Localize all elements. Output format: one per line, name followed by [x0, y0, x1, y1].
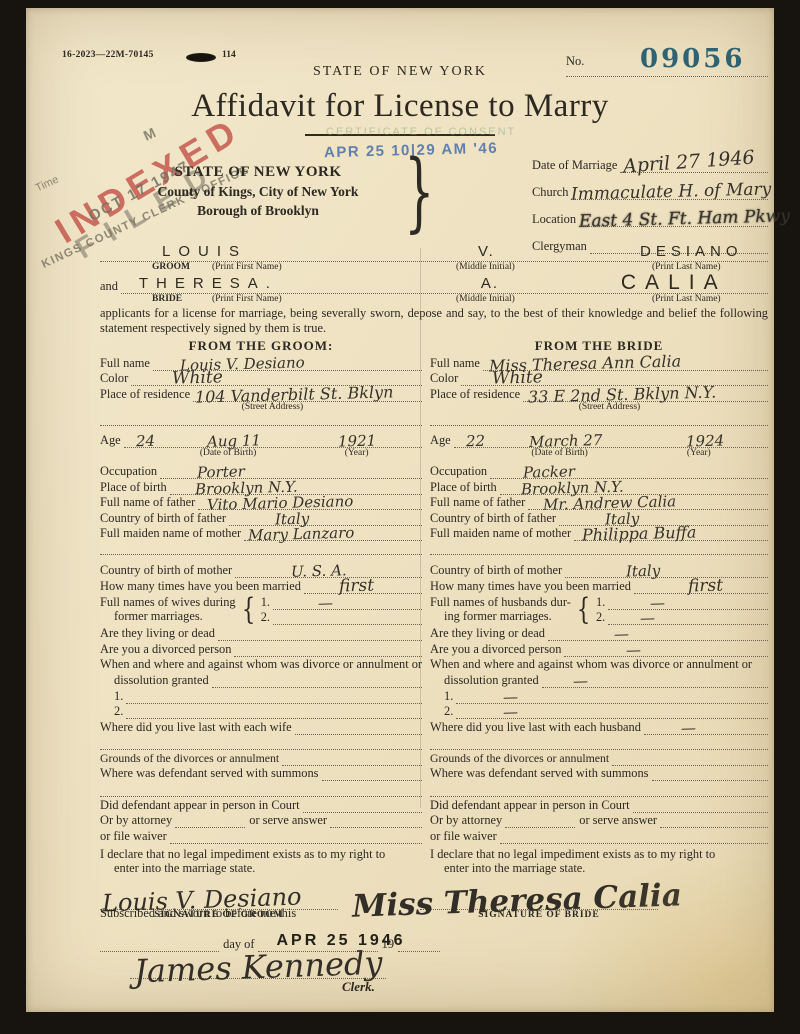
bride-name-row: and THERESA. A. CALIA BRIDE (Print First… — [100, 270, 768, 304]
clerk-signature: James Kennedy — [133, 943, 383, 990]
groom-mother-value: Mary Lanzaro — [247, 524, 354, 545]
summons-label: Where was defendant served with summons — [100, 766, 322, 781]
divorced-label: Are you a divorced person — [430, 642, 564, 657]
location-row: Location East 4 St. Ft. Ham Pkwy — [532, 200, 768, 227]
when-where-label: When and where and against whom was divo… — [100, 657, 422, 673]
document-title: Affidavit for License to Marry — [26, 88, 774, 125]
bride-age-line: 22March 271924 — [454, 432, 768, 449]
husbands-brace: { — [575, 592, 593, 627]
serve-answer-label: or serve answer — [245, 813, 330, 828]
continuation-line — [430, 780, 768, 797]
color-label: Color — [430, 371, 461, 386]
groom-summons-line — [322, 765, 423, 782]
venue-block: STATE OF NEW YORK County of Kings, City … — [128, 164, 388, 219]
bride-summons-line — [652, 765, 769, 782]
birthplace-label: Place of birth — [100, 480, 170, 495]
clerk-signature-line: James Kennedy — [130, 952, 386, 979]
groom-divorce2-line — [126, 703, 422, 720]
meridiem-label: M — [141, 124, 158, 143]
living-dead-label: Are they living or dead — [100, 626, 218, 641]
occupation-label: Occupation — [100, 464, 160, 479]
bride-husband2-line: — — [608, 609, 768, 625]
dissolution-label: dissolution granted — [100, 673, 212, 688]
divorced-label: Are you a divorced person — [100, 642, 234, 657]
time-label: Time — [34, 173, 61, 194]
groom-father-country-line: Italy — [229, 509, 422, 526]
year-caption: (Year) — [687, 448, 711, 458]
groom-column: FROM THE GROOM: Full nameLouis V. Desian… — [100, 338, 422, 922]
bride-color-line: White — [461, 370, 768, 387]
form-code: 16-2023—22M-70145 — [62, 50, 154, 60]
groom-middle-initial: V. — [478, 243, 495, 260]
father-country-label: Country of birth of father — [430, 511, 559, 526]
venue-brace: } — [404, 142, 434, 242]
item-2-label: 2. — [100, 704, 126, 719]
bride-mother-value: Philippa Buffa — [582, 523, 697, 545]
age-label: Age — [430, 433, 454, 448]
date-of-birth-caption: (Date of Birth) — [531, 448, 587, 458]
venue-borough: Borough of Brooklyn — [128, 203, 388, 219]
groom-court-line — [303, 796, 422, 813]
groom-mother-country-line: U. S. A. — [235, 561, 422, 578]
color-label: Color — [100, 371, 131, 386]
bride-declaration: I declare that no legal impediment exist… — [430, 847, 768, 876]
jurat-block: Subscribed and sworn to before me this d… — [100, 906, 440, 995]
when-where-label: When and where and against whom was divo… — [430, 657, 768, 673]
husbands-label-1: Full names of husbands dur- — [430, 596, 571, 610]
groom-divorced-line — [234, 640, 422, 657]
attorney-label: Or by attorney — [430, 813, 505, 828]
groom-grounds-line — [282, 749, 422, 766]
husbands-label-2: ing former marriages. — [430, 610, 571, 624]
groom-father-line: Vito Mario Desiano — [198, 494, 422, 511]
groom-name-row: LOUIS V. DESIANO GROOM (Print First Name… — [100, 236, 768, 272]
bride-divorced-value: — — [625, 641, 640, 659]
bride-signature-line: Miss Theresa Calia — [420, 879, 658, 910]
mother-name-label: Full maiden name of mother — [430, 526, 574, 541]
residence-label: Place of residence — [430, 387, 523, 402]
venue-county: County of Kings, City of New York — [128, 184, 388, 200]
location-label: Location — [532, 212, 579, 227]
age-label: Age — [100, 433, 124, 448]
line-2-label: 2. — [261, 610, 273, 625]
bride-mother-country-line: Italy — [565, 561, 768, 578]
year-blank-line — [398, 921, 440, 952]
and-label: and — [100, 279, 121, 294]
father-name-label: Full name of father — [430, 495, 528, 510]
mother-name-label: Full maiden name of mother — [100, 526, 244, 541]
groom-occupation-line: Porter — [160, 462, 422, 479]
declaration-line-2: enter into the marriage state. — [100, 861, 255, 875]
column-separator-line — [430, 412, 768, 426]
declaration-line-1: I declare that no legal impediment exist… — [430, 847, 715, 861]
bride-attorney-line — [505, 812, 575, 829]
bride-times-line: first — [634, 577, 768, 594]
father-name-label: Full name of father — [100, 495, 198, 510]
birthplace-label: Place of birth — [430, 480, 500, 495]
grounds-label: Grounds of the divorces or annulment — [100, 751, 282, 766]
bride-occupation-line: Packer — [490, 462, 768, 479]
bride-serve-line — [660, 812, 768, 829]
court-label: Did defendant appear in person in Court — [430, 798, 633, 813]
groom-declaration: I declare that no legal impediment exist… — [100, 847, 422, 876]
document-page: 16-2023—22M-70145 114 STATE OF NEW YORK … — [26, 8, 774, 1012]
plate-number: 114 — [222, 50, 236, 60]
court-label: Did defendant appear in person in Court — [100, 798, 303, 813]
bride-divorce2-line: — — [456, 703, 768, 720]
printer-ornament-icon — [186, 53, 216, 62]
groom-dissolution-line — [212, 671, 422, 688]
summons-label: Where was defendant served with summons — [430, 766, 652, 781]
groom-former-wives-block: Full names of wives duringformer marriag… — [100, 594, 422, 626]
groom-divorce1-line — [126, 687, 422, 704]
date-of-marriage-line: April 27 1946 — [620, 145, 768, 173]
location-line: East 4 St. Ft. Ham Pkwy — [579, 199, 768, 227]
bride-court-line — [633, 796, 768, 813]
year-caption: (Year) — [345, 448, 369, 458]
groom-name-line: LOUIS V. DESIANO — [100, 235, 768, 262]
continuation-line — [430, 734, 768, 751]
item-1-label: 1. — [430, 689, 456, 704]
bride-column-heading: FROM THE BRIDE — [430, 338, 768, 355]
groom-live-last-line — [295, 718, 422, 735]
item-2-label: 2. — [430, 704, 456, 719]
bride-dissolution-line: — — [542, 671, 768, 688]
no-label: No. — [566, 54, 584, 68]
groom-times-line: first — [304, 577, 422, 594]
bleed-through-text: CERTIFICATE OF CONSENT — [326, 126, 516, 138]
bride-waiver-line — [500, 827, 768, 844]
groom-waiver-line — [170, 827, 422, 844]
bride-former-husbands-block: Full names of husbands dur-ing former ma… — [430, 594, 768, 626]
groom-serve-line — [330, 812, 422, 829]
mother-country-label: Country of birth of mother — [430, 563, 565, 578]
church-line: Immaculate H. of Mary — [571, 172, 768, 200]
first-name-caption: (Print First Name) — [212, 294, 282, 304]
bride-last-name: CALIA — [621, 271, 727, 295]
day-blank-line — [100, 921, 219, 952]
bride-name-line: THERESA. A. CALIA — [121, 269, 768, 294]
full-name-label: Full name — [430, 356, 483, 371]
church-label: Church — [532, 185, 571, 200]
middle-initial-caption: (Middle Initial) — [456, 294, 515, 304]
continuation-line — [100, 780, 422, 797]
line-2-label: 2. — [596, 610, 608, 625]
bride-column: FROM THE BRIDE Full nameMiss Theresa Ann… — [430, 338, 768, 922]
oath-paragraph: applicants for a license for marriage, b… — [100, 306, 768, 335]
bride-divorce1-line: — — [456, 687, 768, 704]
residence-label: Place of residence — [100, 387, 193, 402]
living-dead-label: Are they living or dead — [430, 626, 548, 641]
bride-residence-line: 33 E 2nd St. Bklyn N.Y. — [523, 385, 768, 402]
grounds-label: Grounds of the divorces or annulment — [430, 751, 612, 766]
bride-grounds-line — [612, 749, 768, 766]
times-married-label: How many times have you been married — [100, 579, 304, 594]
bride-first-name: THERESA. — [139, 275, 278, 292]
bride-living-line: — — [548, 625, 768, 642]
serve-answer-label: or serve answer — [575, 813, 660, 828]
groom-age-line: 24Aug 111921 — [124, 432, 422, 449]
bride-birthplace-line: Brooklyn N.Y. — [500, 478, 768, 495]
date-of-birth-caption: (Date of Birth) — [200, 448, 256, 458]
groom-wife2-line — [273, 609, 422, 625]
church-row: Church Immaculate H. of Mary — [532, 173, 768, 200]
dissolution-label: dissolution granted — [430, 673, 542, 688]
date-of-marriage-row: Date of Marriage April 27 1946 — [532, 146, 768, 173]
occupation-label: Occupation — [430, 464, 490, 479]
line-1-label: 1. — [261, 595, 273, 610]
live-last-label: Where did you live last with each wife — [100, 720, 295, 735]
date-of-marriage-label: Date of Marriage — [532, 158, 620, 173]
live-last-label: Where did you live last with each husban… — [430, 720, 644, 735]
father-country-label: Country of birth of father — [100, 511, 229, 526]
groom-residence-line: 104 Vanderbilt St. Bklyn — [193, 385, 422, 402]
bride-husband1-line: — — [608, 594, 768, 610]
full-name-label: Full name — [100, 356, 153, 371]
wives-label-1: Full names of wives during — [100, 596, 236, 610]
declaration-line-1: I declare that no legal impediment exist… — [100, 847, 385, 861]
declaration-line-2: enter into the marriage state. — [430, 861, 585, 875]
groom-mother-line: Mary Lanzaro — [244, 525, 422, 542]
groom-birthplace-line: Brooklyn N.Y. — [170, 478, 422, 495]
groom-wife1-line: — — [273, 594, 422, 610]
bride-role-label: BRIDE — [152, 294, 182, 304]
bride-father-line: Mr. Andrew Calia — [528, 494, 768, 511]
groom-living-line — [218, 625, 422, 642]
bride-mother-line: Philippa Buffa — [574, 525, 768, 542]
waiver-label: or file waiver — [430, 829, 500, 844]
column-separator-line — [100, 412, 422, 426]
times-married-label: How many times have you been married — [430, 579, 634, 594]
waiver-label: or file waiver — [100, 829, 170, 844]
wives-label-2: former marriages. — [100, 610, 236, 624]
street-address-caption: (Street Address) — [242, 402, 303, 412]
item-1-label: 1. — [100, 689, 126, 704]
bride-live-last-line: — — [644, 718, 768, 735]
wives-brace: { — [239, 592, 257, 627]
groom-last-name: DESIANO — [640, 243, 743, 260]
groom-column-heading: FROM THE GROOM: — [100, 338, 422, 355]
groom-first-name: LOUIS — [162, 243, 247, 260]
subscribed-label: Subscribed and sworn to before me this — [100, 906, 440, 922]
venue-state: STATE OF NEW YORK — [128, 164, 388, 181]
street-address-caption: (Street Address) — [579, 402, 640, 412]
bride-middle-initial: A. — [481, 275, 499, 292]
line-1-label: 1. — [596, 595, 608, 610]
bride-name-labels: BRIDE (Print First Name) (Middle Initial… — [100, 294, 768, 304]
attorney-label: Or by attorney — [100, 813, 175, 828]
continuation-line — [100, 734, 422, 751]
bride-divorced-line: — — [564, 640, 768, 657]
last-name-caption: (Print Last Name) — [652, 294, 721, 304]
groom-attorney-line — [175, 812, 245, 829]
license-number-value: 09056 — [640, 44, 745, 74]
mother-country-label: Country of birth of mother — [100, 563, 235, 578]
